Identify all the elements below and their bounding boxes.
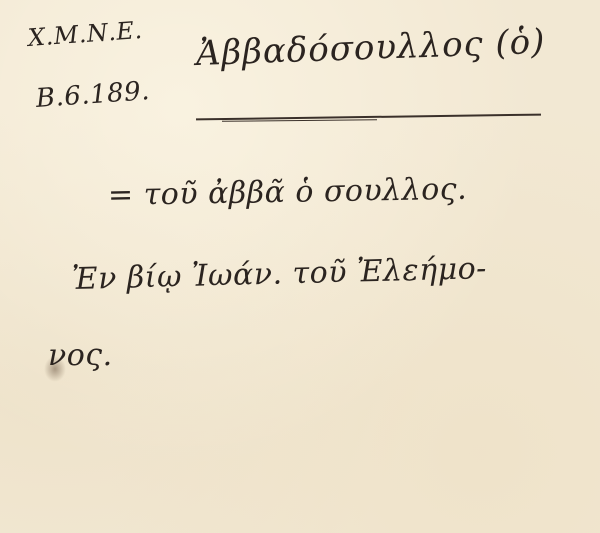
index-card: Χ.Μ.Ν.Ε. Β.6.189. Ἀββαδόσουλλος (ὁ) = το… xyxy=(0,0,600,533)
reference-code: Χ.Μ.Ν.Ε. xyxy=(27,16,143,52)
headword: Ἀββαδόσουλλος (ὁ) xyxy=(195,22,546,74)
reference-date: Β.6.189. xyxy=(35,76,151,114)
headword-underline-secondary xyxy=(222,119,377,122)
source-line-continuation: νος. xyxy=(48,338,113,373)
definition-line: = τοῦ ἀββᾶ ὁ σουλλος. xyxy=(108,172,468,213)
source-line: Ἐν βίῳ Ἰωάν. τοῦ Ἐλεήμο- xyxy=(72,251,488,297)
